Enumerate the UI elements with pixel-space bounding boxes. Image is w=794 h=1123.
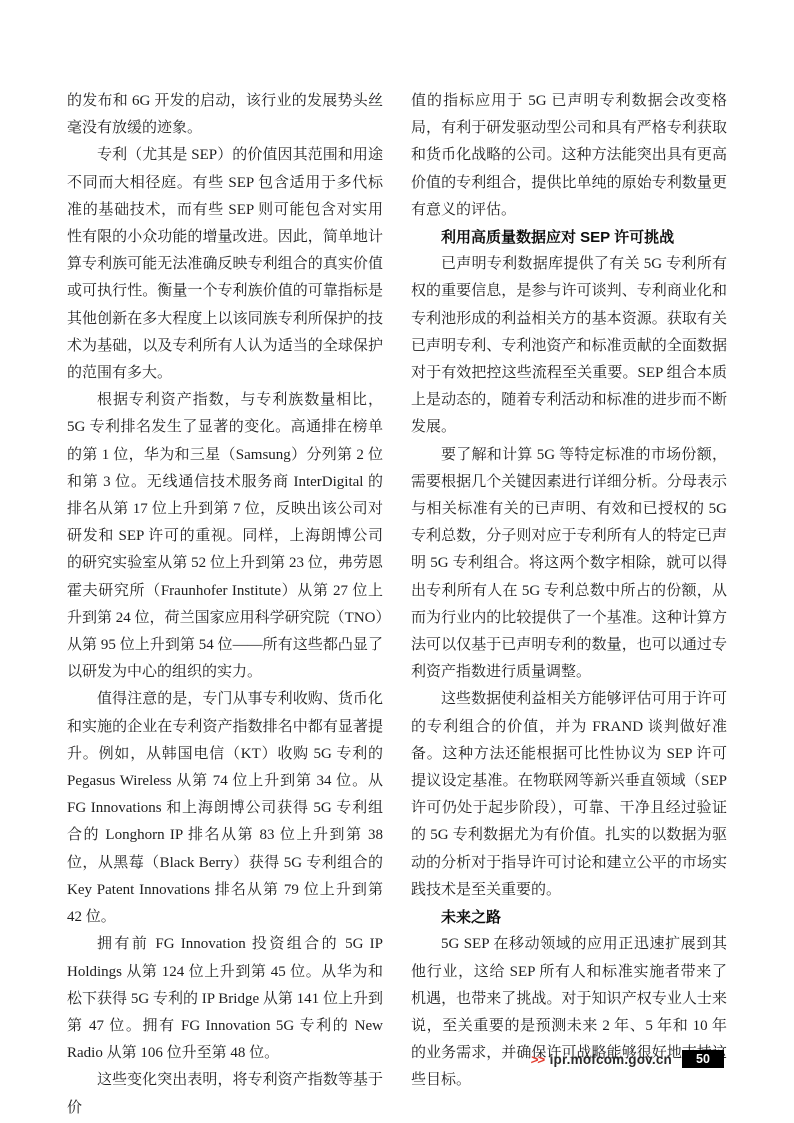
paragraph: 5G SEP 在移动领域的应用正迅速扩展到其他行业，这给 SEP 所有人和标准实… — [411, 931, 727, 1094]
paragraph: 根据专利资产指数，与专利族数量相比，5G 专利排名发生了显著的变化。高通排在榜单… — [67, 387, 383, 686]
footer-site-url: ipr.mofcom.gov.cn — [550, 1052, 672, 1067]
paragraph: 值得注意的是，专门从事专利收购、货币化和实施的企业在专利资产指数排名中都有显著提… — [67, 686, 383, 931]
page-footer: >> ipr.mofcom.gov.cn 50 — [531, 1049, 724, 1069]
document-page: 的发布和 6G 开发的启动，该行业的发展势头丝毫没有放缓的迹象。 专利（尤其是 … — [0, 0, 794, 1123]
page-number-badge: 50 — [682, 1050, 724, 1068]
double-chevron-icon: >> — [531, 1052, 546, 1067]
paragraph: 的发布和 6G 开发的启动，该行业的发展势头丝毫没有放缓的迹象。 — [67, 88, 383, 142]
paragraph: 已声明专利数据库提供了有关 5G 专利所有权的重要信息，是参与许可谈判、专利商业… — [411, 251, 727, 441]
paragraph: 要了解和计算 5G 等特定标准的市场份额，需要根据几个关键因素进行详细分析。分母… — [411, 442, 727, 687]
section-heading: 未来之路 — [411, 904, 727, 931]
paragraph: 专利（尤其是 SEP）的价值因其范围和用途不同而大相径庭。有些 SEP 包含适用… — [67, 142, 383, 387]
section-heading: 利用高质量数据应对 SEP 许可挑战 — [411, 224, 727, 251]
right-column: 值的指标应用于 5G 已声明专利数据会改变格局，有利于研发驱动型公司和具有严格专… — [411, 88, 727, 1095]
paragraph: 这些数据使利益相关方能够评估可用于许可的专利组合的价值，并为 FRAND 谈判做… — [411, 686, 727, 904]
paragraph: 拥有前 FG Innovation 投资组合的 5G IP Holdings 从… — [67, 931, 383, 1067]
left-column: 的发布和 6G 开发的启动，该行业的发展势头丝毫没有放缓的迹象。 专利（尤其是 … — [67, 88, 383, 1122]
paragraph: 值的指标应用于 5G 已声明专利数据会改变格局，有利于研发驱动型公司和具有严格专… — [411, 88, 727, 224]
paragraph: 这些变化突出表明，将专利资产指数等基于价 — [67, 1067, 383, 1121]
